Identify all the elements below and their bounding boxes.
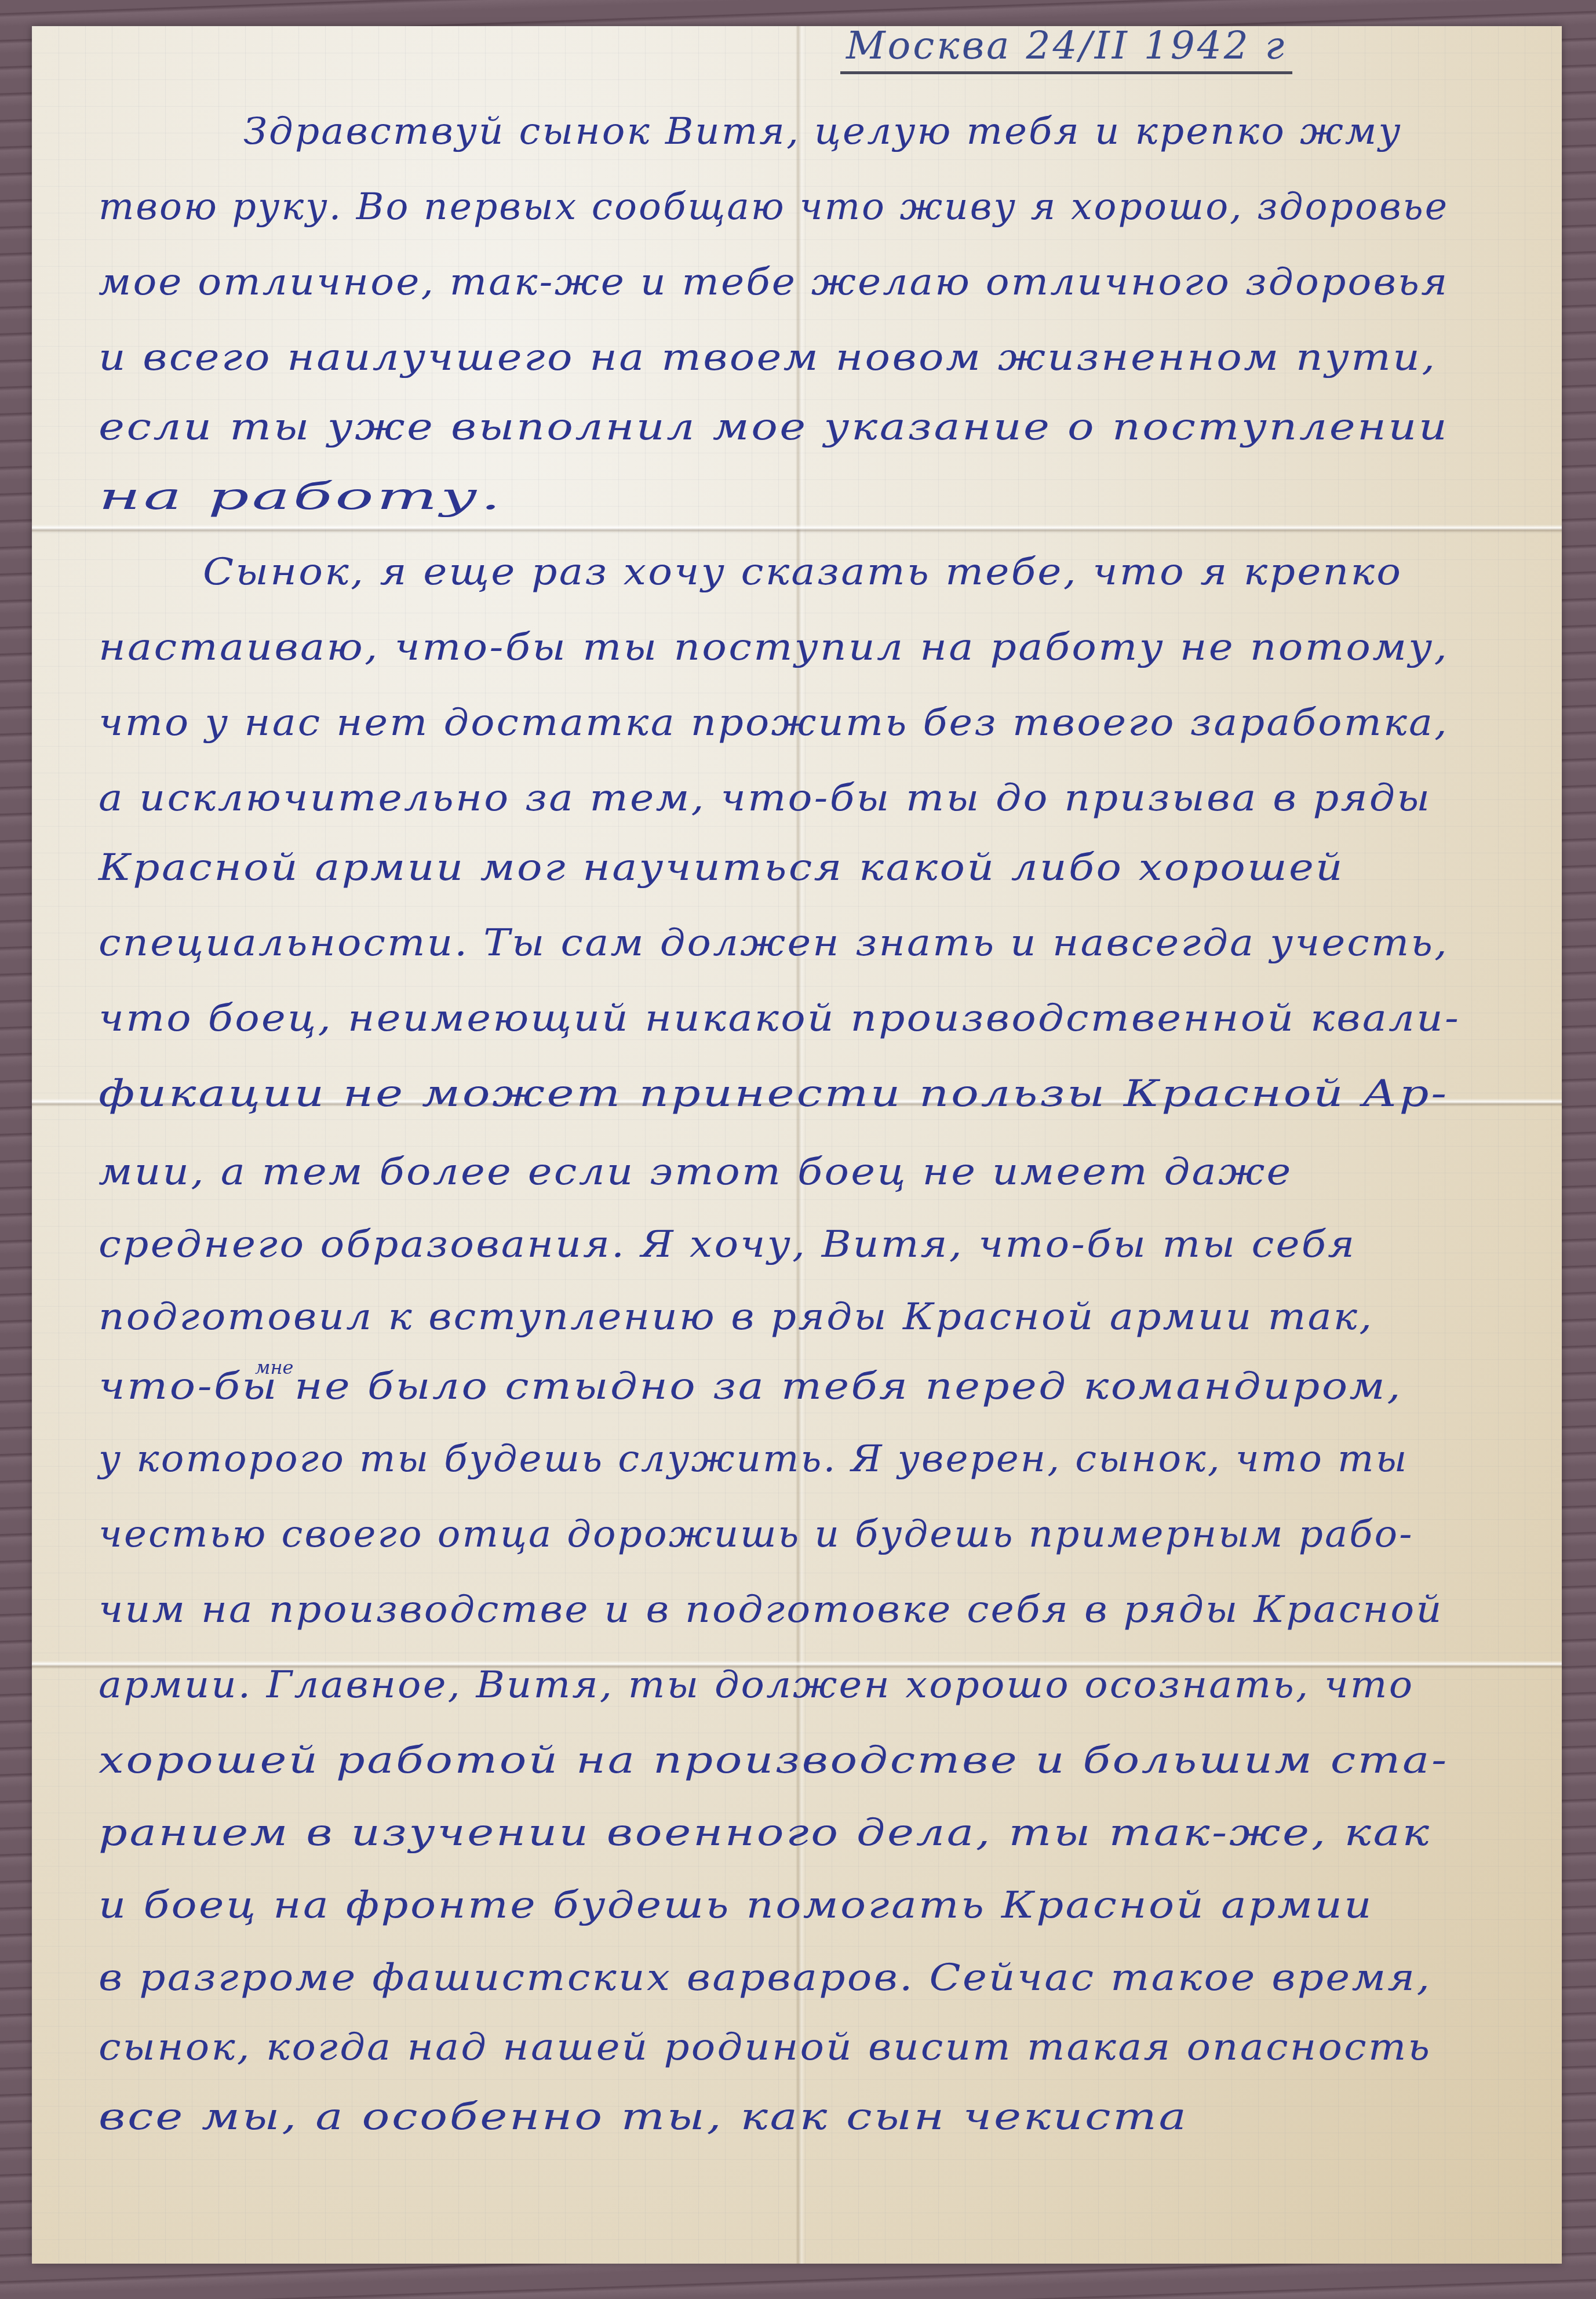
letter-line: а исключительно за тем, что-бы ты до при… <box>99 777 1431 820</box>
letter-line: среднего образования. Я хочу, Витя, что-… <box>99 1223 1356 1266</box>
letter-line: фикации не может принести пользы Красной… <box>99 1072 1449 1115</box>
letter-line: армии. Главное, Витя, ты должен хорошо о… <box>99 1664 1414 1707</box>
letter-line: чим на производстве и в подготовке себя … <box>99 1588 1443 1631</box>
letter-line: подготовил к вступлению в ряды Красной а… <box>99 1296 1373 1338</box>
letter-line: честью своего отца дорожишь и будешь при… <box>99 1513 1414 1556</box>
letter-line: и боец на фронте будешь помогать Красной… <box>99 1884 1373 1927</box>
horizontal-fold <box>32 525 1562 533</box>
letter-line: хорошей работой на производстве и больши… <box>99 1739 1449 1782</box>
letter-line: что боец, неимеющий никакой производстве… <box>99 997 1460 1040</box>
letter-line: специальности. Ты сам должен знать и нав… <box>99 922 1449 965</box>
letter-line: в разгроме фашистских варваров. Сейчас т… <box>99 1956 1431 1999</box>
letter-line: все мы, а особенно ты, как сын чекиста <box>99 2096 1189 2138</box>
letter-line: Сынок, я еще раз хочу сказать тебе, что … <box>203 551 1402 594</box>
letter-line: что-бы не было стыдно за тебя перед кома… <box>99 1365 1402 1408</box>
letter-line: твою руку. Во первых сообщаю что живу я … <box>99 185 1449 228</box>
insertion-note: мне <box>255 1356 294 1378</box>
letter-line: Здравствуй сынок Витя, целую тебя и креп… <box>243 110 1402 153</box>
letter-line: и всего наилучшего на твоем новом жизнен… <box>99 336 1437 379</box>
letter-line: Красной армии мог научиться какой либо х… <box>99 846 1344 889</box>
letter-line: мии, а тем более если этот боец не имеет… <box>99 1151 1293 1194</box>
letter-line: что у нас нет достатка прожить без твоег… <box>99 701 1449 744</box>
letter-line: мое отличное, так-же и тебе желаю отличн… <box>99 261 1449 304</box>
letter-line: если ты уже выполнил мое указание о пост… <box>99 406 1449 449</box>
letter-line: у которого ты будешь служить. Я уверен, … <box>99 1438 1408 1480</box>
letter-line: сынок, когда над нашей родиной висит так… <box>99 2026 1431 2069</box>
letter-line: настаиваю, что-бы ты поступил на работу … <box>99 626 1449 669</box>
letter-date-header: Москва 24/II 1942 г <box>840 23 1292 74</box>
letter-line: на работу. <box>99 475 504 518</box>
letter-line: ранием в изучении военного дела, ты так-… <box>99 1811 1431 1854</box>
